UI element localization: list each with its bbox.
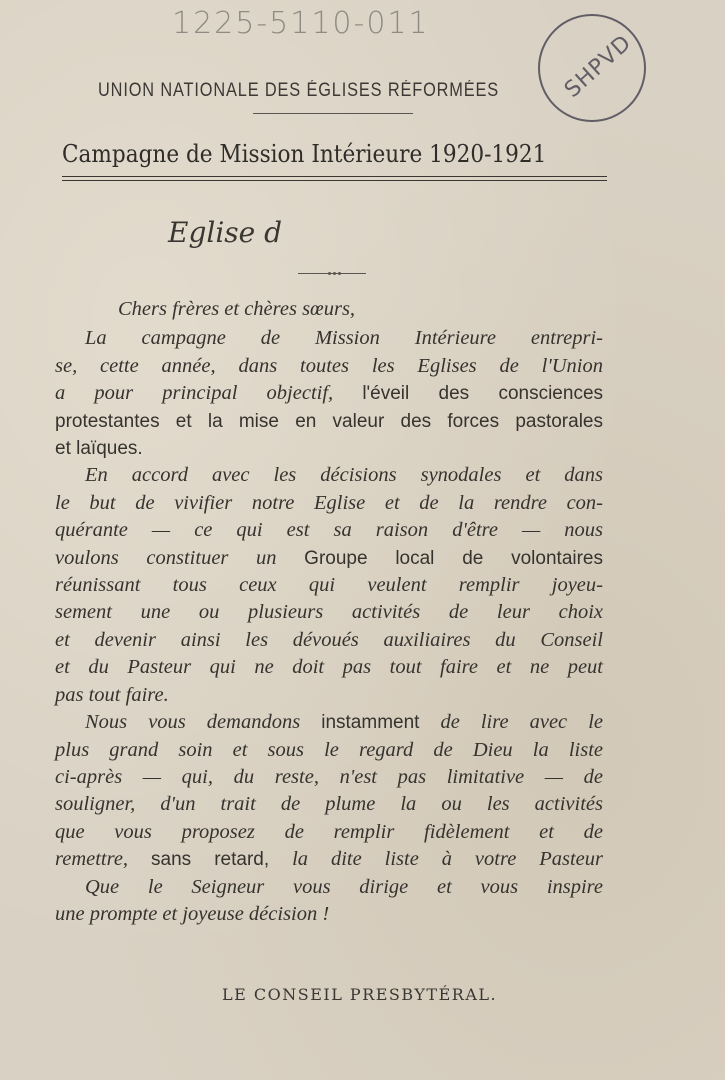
text-segment: l'éveil des consciences xyxy=(362,383,603,404)
paragraph-line: se, cette année, dans toutes les Eglises… xyxy=(55,353,603,380)
text-segment: instamment xyxy=(321,712,419,733)
paragraph-line: une prompte et joyeuse décision ! xyxy=(55,901,603,928)
text-segment: sans retard, xyxy=(151,849,269,870)
paragraph-line: et laïques. xyxy=(55,435,603,462)
paragraph-line: quérante — ce qui est sa raison d'être —… xyxy=(55,517,603,544)
paragraph-line: ci-après — qui, du reste, n'est pas limi… xyxy=(55,764,603,791)
title-underline xyxy=(62,180,607,181)
text-segment: a pour principal objectif, xyxy=(55,382,362,404)
paragraph-line: souligner, d'un trait de plume la ou les… xyxy=(55,791,603,818)
paragraph-line: a pour principal objectif, l'éveil des c… xyxy=(55,380,603,407)
text-segment: la dite liste à votre Pasteur xyxy=(269,848,603,870)
ornament-divider xyxy=(298,273,366,275)
text-segment: remettre, xyxy=(55,848,151,870)
text-segment: voulons constituer un xyxy=(55,547,304,569)
paragraph-line: La campagne de Mission Intérieure entrep… xyxy=(55,325,603,352)
archive-reference-number: 1225-5110-011 xyxy=(172,6,430,41)
ornament-dot xyxy=(338,272,341,275)
paragraph-line: le but de vivifier notre Eglise et de la… xyxy=(55,490,603,517)
stamp-text: SHPVD xyxy=(560,30,637,103)
salutation: Chers frères et chères sœurs, xyxy=(55,296,603,323)
paragraph-line: sement une ou plusieurs activités de leu… xyxy=(55,599,603,626)
paragraph-line: voulons constituer un Groupe local de vo… xyxy=(55,545,603,572)
signature: LE CONSEIL PRESBYTÉRAL. xyxy=(222,985,497,1004)
paragraph-line: Nous vous demandons instamment de lire a… xyxy=(55,709,603,736)
organization-heading: UNION NATIONALE DES ÉGLISES RÉFORMÉES xyxy=(98,80,511,102)
paragraph-line: En accord avec les décisions synodales e… xyxy=(55,462,603,489)
text-segment: Nous vous demandons xyxy=(85,711,321,733)
title-underline xyxy=(62,176,607,177)
text-segment: de lire avec le xyxy=(419,711,603,733)
paragraph-line: réunissant tous ceux qui veulent remplir… xyxy=(55,572,603,599)
paragraph-line: pas tout faire. xyxy=(55,682,603,709)
church-name-line: Eglise d xyxy=(168,216,282,249)
archive-stamp: SHPVD xyxy=(538,14,646,122)
ornament-dot xyxy=(328,272,331,275)
paragraph-line: et devenir ainsi les dévoués auxiliaires… xyxy=(55,627,603,654)
letter-body: Chers frères et chères sœurs, La campagn… xyxy=(55,296,603,928)
paragraph-line: que vous proposez de remplir fidèlement … xyxy=(55,819,603,846)
text-segment: Groupe local de volontaires xyxy=(304,548,603,569)
paragraph-line: protestantes et la mise en valeur des fo… xyxy=(55,408,603,435)
divider xyxy=(253,113,413,114)
ornament-dot xyxy=(333,272,336,275)
paragraph-line: Que le Seigneur vous dirige et vous insp… xyxy=(55,874,603,901)
campaign-title: Campagne de Mission Intérieure 1920-1921 xyxy=(62,140,546,168)
paragraph-line: remettre, sans retard, la dite liste à v… xyxy=(55,846,603,873)
paragraph-line: et du Pasteur qui ne doit pas tout faire… xyxy=(55,654,603,681)
paragraph-line: plus grand soin et sous le regard de Die… xyxy=(55,737,603,764)
document-page: 1225-5110-011 SHPVD UNION NATIONALE DES … xyxy=(0,0,725,1080)
